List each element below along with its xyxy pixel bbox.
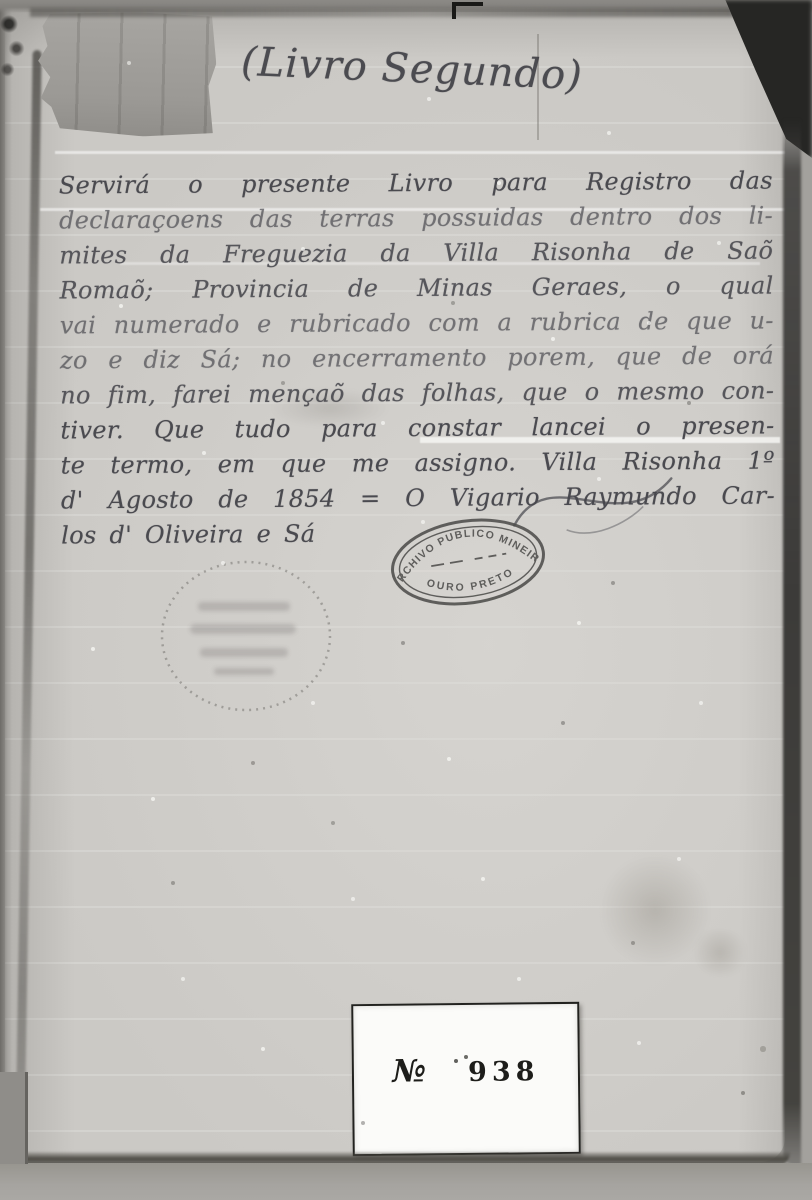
dust-specks bbox=[0, 0, 2, 2]
archive-number: 938 bbox=[468, 1056, 540, 1088]
manuscript-line: Romaõ; Provincia de Minas Geraes, o qual bbox=[59, 269, 773, 309]
manuscript-line: tiver. Que tudo para constar lancei o pr… bbox=[60, 409, 774, 449]
archive-number-row: № 938 bbox=[354, 1052, 578, 1090]
page-right-edge-shadow bbox=[783, 118, 801, 1166]
page-left-edge-shadow bbox=[0, 0, 12, 1165]
manuscript-line: Servirá o presente Livro para Registro d… bbox=[59, 164, 773, 204]
scan-backing bbox=[0, 1163, 812, 1200]
scan-top-smudge bbox=[30, 8, 750, 17]
manuscript-line: mites da Freguezia da Villa Risonha de S… bbox=[59, 234, 773, 274]
taped-paper-scrap bbox=[35, 10, 218, 138]
numero-sign: № bbox=[392, 1053, 426, 1089]
manuscript-line: zo e diz Sá; no encerramento porem, que … bbox=[60, 339, 774, 379]
archive-number-label: № 938 bbox=[351, 1002, 581, 1156]
corner-ink-marks bbox=[0, 10, 30, 80]
manuscript-line: declaraçoens das terras possuidas dentro… bbox=[59, 199, 773, 239]
manuscript-line: vai numerado e rubricado com a rubrica d… bbox=[60, 304, 774, 344]
paper-stain bbox=[690, 930, 750, 975]
ruled-line bbox=[55, 151, 785, 154]
faint-round-stamp-icon bbox=[156, 558, 336, 716]
underlying-page-edge bbox=[0, 1072, 28, 1164]
manuscript-line: no fim, farei mençaõ das folhas, que o m… bbox=[60, 374, 774, 414]
corner-bracket-mark bbox=[452, 2, 483, 19]
scanned-document-page: (Livro Segundo) Servirá o presente Livro… bbox=[0, 0, 812, 1200]
